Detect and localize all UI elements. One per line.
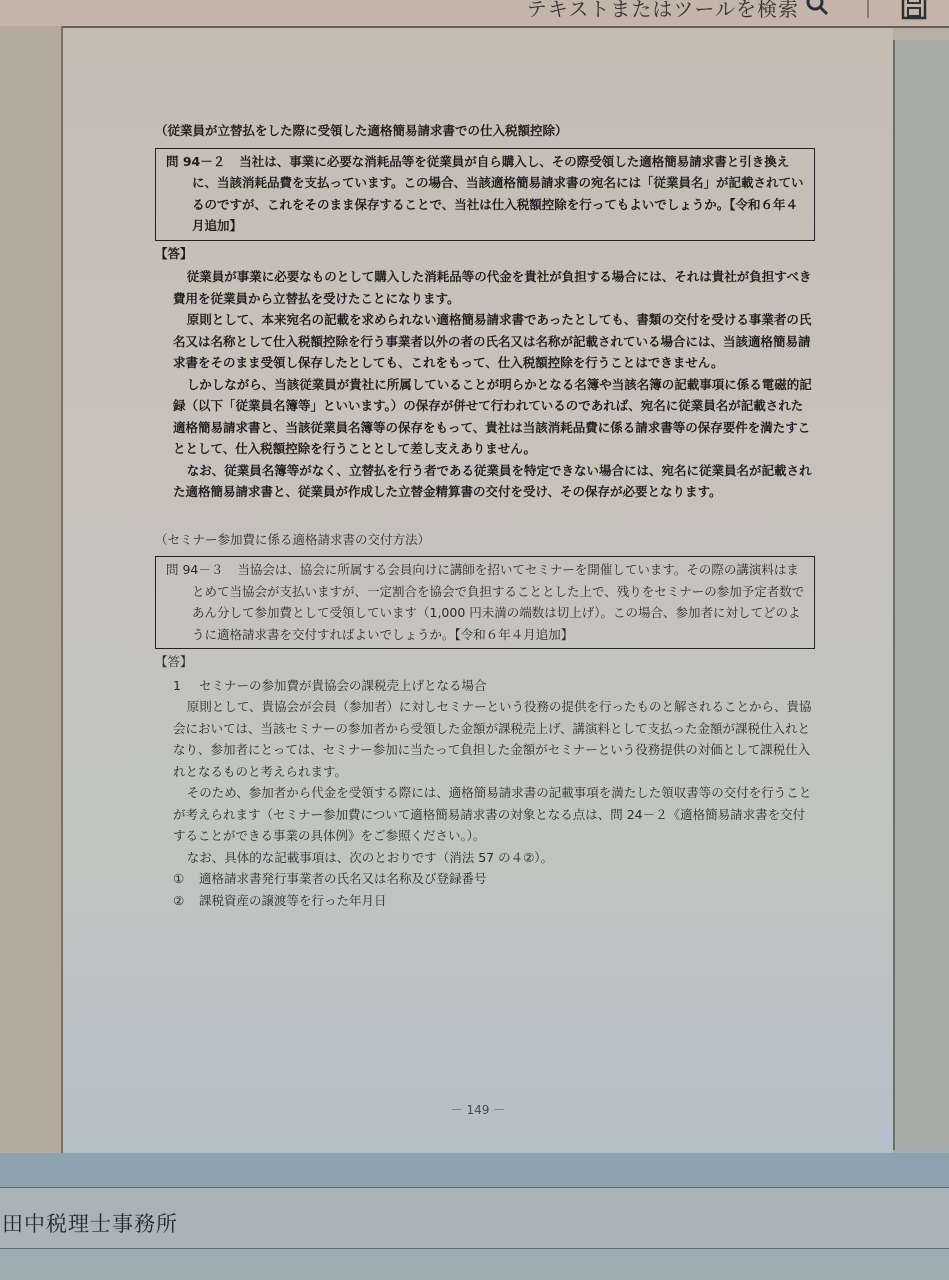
answer-paragraph: そのため、参加者から代金を受領する際には、適格簡易請求書の記載事項を満たした領収… — [155, 782, 815, 847]
section-qa-94-3: （セミナー参加費に係る適格請求書の交付方法） 問 94－３当協会は、協会に所属す… — [155, 529, 815, 912]
save-icon[interactable] — [901, 0, 927, 20]
list-text: 適格請求書発行事業者の氏名又は名称及び登録番号 — [199, 871, 487, 886]
question-body: 当協会は、協会に所属する会員向けに講師を招いてセミナーを開催しています。その際の… — [192, 562, 804, 642]
item-title-text: セミナーの参加費が貴協会の課税売上げとなる場合 — [199, 678, 487, 693]
list-text: 課税資産の譲渡等を行った年月日 — [199, 893, 387, 908]
answer-paragraph: なお、従業員名簿等がなく、立替払を行う者である従業員を特定できない場合には、宛名… — [155, 460, 815, 503]
section-heading: （セミナー参加費に係る適格請求書の交付方法） — [155, 529, 815, 551]
viewer-toolbar: テキストまたはツールを検索 — [0, 0, 949, 28]
list-item: ②課税資産の譲渡等を行った年月日 — [155, 890, 815, 912]
item-number: 1 — [173, 675, 199, 697]
question-text: 問 94－３当協会は、協会に所属する会員向けに講師を招いてセミナーを開催していま… — [166, 559, 806, 645]
answer-paragraph: 原則として、本来宛名の記載を求められない適格簡易請求書であったとしても、書類の交… — [155, 309, 815, 374]
question-box: 問 94－２当社は、事業に必要な消耗品等を従業員が自ら購入し、その際受領した適格… — [155, 148, 815, 241]
answer-label: 【答】 — [155, 243, 815, 265]
question-text: 問 94－２当社は、事業に必要な消耗品等を従業員が自ら購入し、その際受領した適格… — [166, 151, 806, 237]
viewer-bottom-band — [0, 1153, 949, 1188]
left-gutter — [0, 26, 63, 1156]
toolbar-divider — [867, 0, 869, 18]
search-icon[interactable] — [805, 0, 831, 18]
list-item: ①適格請求書発行事業者の氏名又は名称及び登録番号 — [155, 868, 815, 890]
section-qa-94-2: （従業員が立替払をした際に受領した適格簡易請求書での仕入税額控除） 問 94－２… — [155, 120, 815, 503]
document-content: （従業員が立替払をした際に受領した適格簡易請求書での仕入税額控除） 問 94－２… — [155, 120, 815, 911]
list-marker: ① — [173, 868, 199, 890]
office-name: 田中税理士事務所 — [2, 1208, 178, 1238]
answer-item-title: 1セミナーの参加費が貴協会の課税売上げとなる場合 — [155, 675, 815, 697]
search-box[interactable]: テキストまたはツールを検索 — [527, 0, 799, 20]
answer-paragraph: なお、具体的な記載事項は、次のとおりです（消法 57 の４②）。 — [155, 847, 815, 869]
answer-paragraph: 従業員が事業に必要なものとして購入した消耗品等の代金を貴社が負担する場合には、そ… — [155, 266, 815, 309]
question-box: 問 94－３当協会は、協会に所属する会員向けに講師を招いてセミナーを開催していま… — [155, 556, 815, 649]
answer-label: 【答】 — [155, 651, 815, 673]
right-scroll-area[interactable] — [893, 40, 949, 1150]
answer-paragraph: しかしながら、当該従業員が貴社に所属していることが明らかとなる名簿や当該名簿の記… — [155, 374, 815, 460]
pdf-page: （従業員が立替払をした際に受領した適格簡易請求書での仕入税額控除） 問 94－２… — [63, 28, 893, 1153]
section-heading: （従業員が立替払をした際に受領した適格簡易請求書での仕入税額控除） — [155, 120, 815, 142]
answer-paragraph: 原則として、貴協会が会員（参加者）に対しセミナーという役務の提供を行ったものと解… — [155, 696, 815, 782]
question-number: 問 94－３ — [166, 562, 223, 577]
page-number: － 149 － — [63, 1101, 893, 1118]
bottom-strip — [0, 1250, 949, 1280]
question-number: 問 94－２ — [166, 154, 225, 169]
footer-bar: 田中税理士事務所 — [0, 1188, 949, 1249]
question-body: 当社は、事業に必要な消耗品等を従業員が自ら購入し、その際受領した適格簡易請求書と… — [192, 154, 804, 234]
search-input[interactable]: テキストまたはツールを検索 — [527, 0, 799, 22]
list-marker: ② — [173, 890, 199, 912]
